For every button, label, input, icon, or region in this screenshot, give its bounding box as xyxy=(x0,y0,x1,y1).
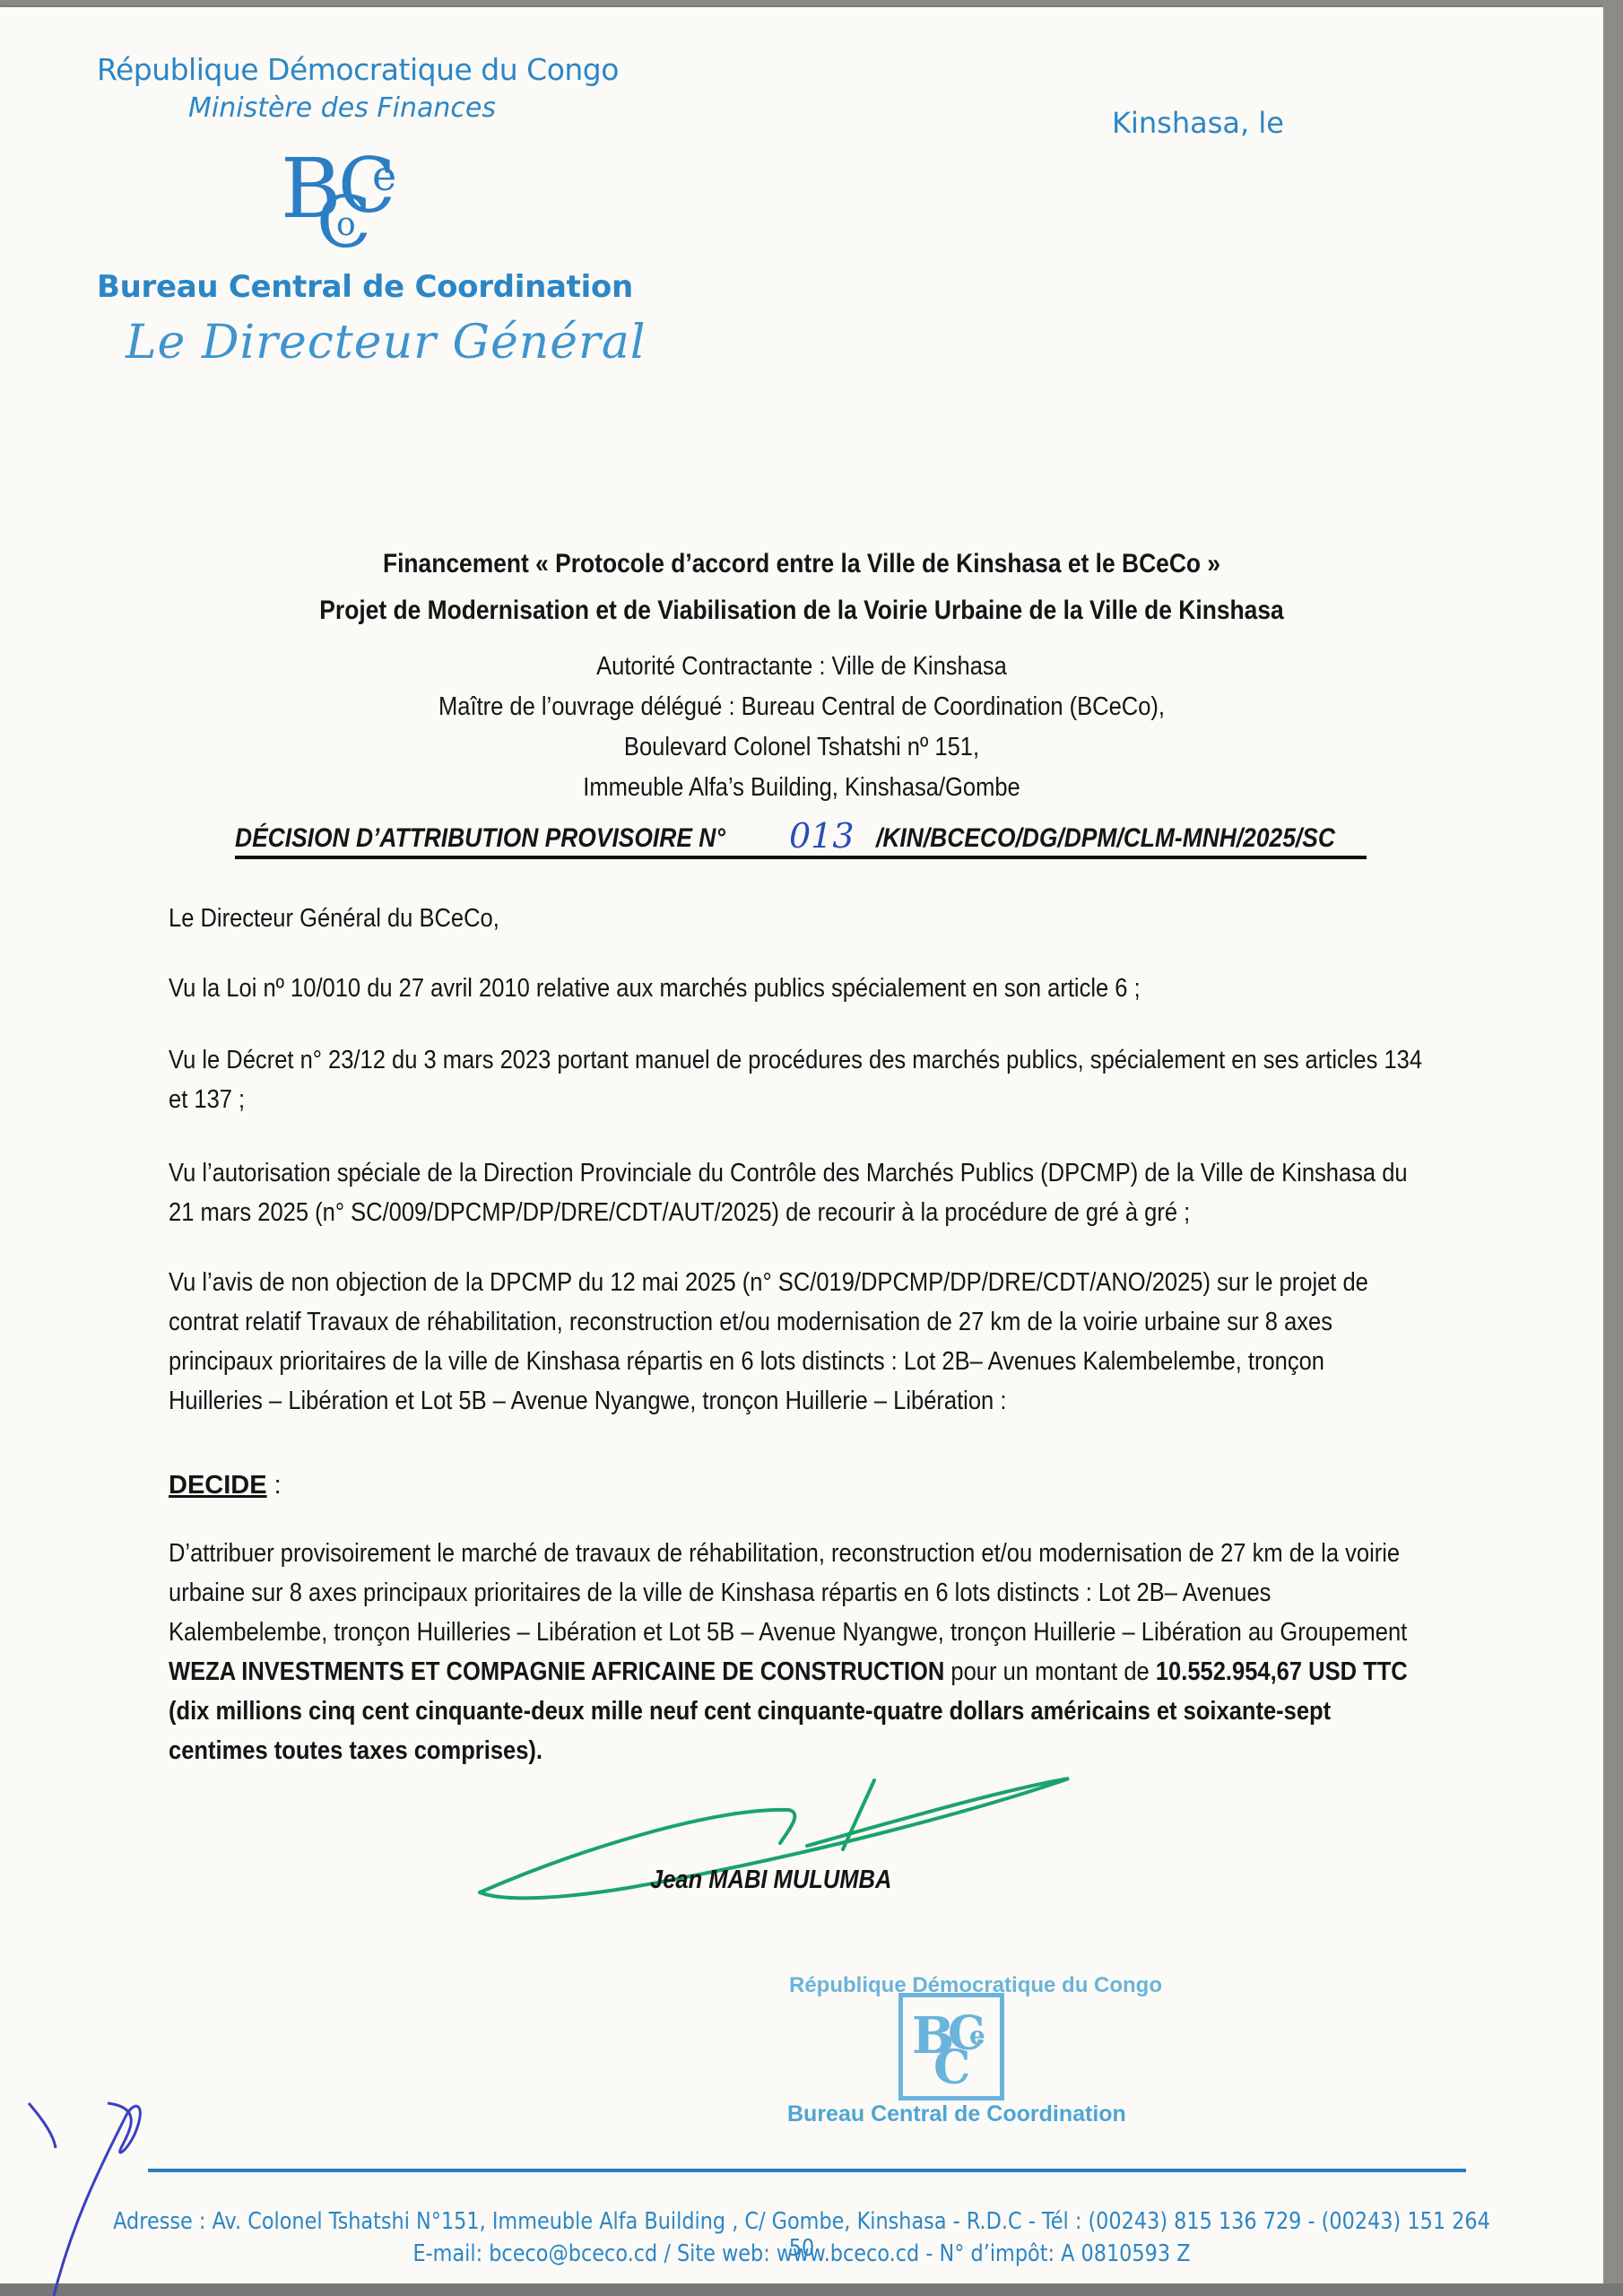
decision-title-prefix: DÉCISION D’ATTRIBUTION PROVISOIRE N° xyxy=(235,823,725,854)
decision-number-handwritten: 013 xyxy=(789,816,855,856)
scan-edge xyxy=(1603,0,1623,2296)
address-line: Autorité Contractante : Ville de Kinshas… xyxy=(96,652,1506,682)
decide-label: DECIDE xyxy=(169,1471,267,1500)
place-date: Kinshasa, le xyxy=(1112,106,1284,140)
decision-text-part1: D’attribuer provisoirement le marché de … xyxy=(169,1539,1407,1647)
address-line: Boulevard Colonel Tshatshi nº 151, xyxy=(96,733,1506,762)
consideration: Vu l’autorisation spéciale de la Directi… xyxy=(169,1153,1423,1232)
decide-heading: DECIDE : xyxy=(169,1471,282,1500)
svg-text:e: e xyxy=(372,152,396,200)
decision-text-part2: pour un montant de xyxy=(944,1657,1156,1686)
consideration: Vu l’avis de non objection de la DPCMP d… xyxy=(169,1263,1423,1421)
address-line: Immeuble Alfa’s Building, Kinshasa/Gombe xyxy=(96,773,1506,803)
svg-text:e: e xyxy=(969,2021,985,2050)
consideration: Vu le Décret n° 23/12 du 3 mars 2023 por… xyxy=(169,1040,1423,1119)
scan-edge-bottom xyxy=(0,2283,1623,2296)
funding-line: Financement « Protocole d’accord entre l… xyxy=(96,549,1506,579)
svg-text:o: o xyxy=(336,206,356,243)
consideration: Vu la Loi nº 10/010 du 27 avril 2010 rel… xyxy=(169,969,1423,1008)
opening-line: Le Directeur Général du BCeCo, xyxy=(169,899,1423,938)
address-line: Maître de l’ouvrage délégué : Bureau Cen… xyxy=(96,692,1506,722)
awardee-name: WEZA INVESTMENTS ET COMPAGNIE AFRICAINE … xyxy=(169,1657,944,1686)
project-line: Projet de Modernisation et de Viabilisat… xyxy=(96,596,1506,626)
letterhead-title: Le Directeur Général xyxy=(126,316,647,370)
footer-divider xyxy=(148,2169,1466,2172)
stamp-logo-icon: B C C e xyxy=(898,1993,1004,2100)
decide-colon: : xyxy=(267,1471,282,1500)
stamp-organization: Bureau Central de Coordination xyxy=(787,2101,1126,2127)
decision-title: DÉCISION D’ATTRIBUTION PROVISOIRE N° 013… xyxy=(235,823,1367,859)
letterhead-country: République Démocratique du Congo xyxy=(97,52,619,87)
letterhead-organization: Bureau Central de Coordination xyxy=(97,269,633,305)
letterhead-ministry: Ministère des Finances xyxy=(188,92,496,124)
decision-title-suffix: /KIN/BCECO/DG/DPM/CLM-MNH/2025/SC xyxy=(876,823,1335,854)
footer-contact: E-mail: bceco@bceco.cd / Site web: www.b… xyxy=(112,2240,1491,2267)
bceco-logo-icon: B C C e o xyxy=(273,135,426,260)
signatory-name: Jean MABI MULUMBA xyxy=(650,1865,891,1895)
decision-text: D’attribuer provisoirement le marché de … xyxy=(169,1534,1423,1770)
